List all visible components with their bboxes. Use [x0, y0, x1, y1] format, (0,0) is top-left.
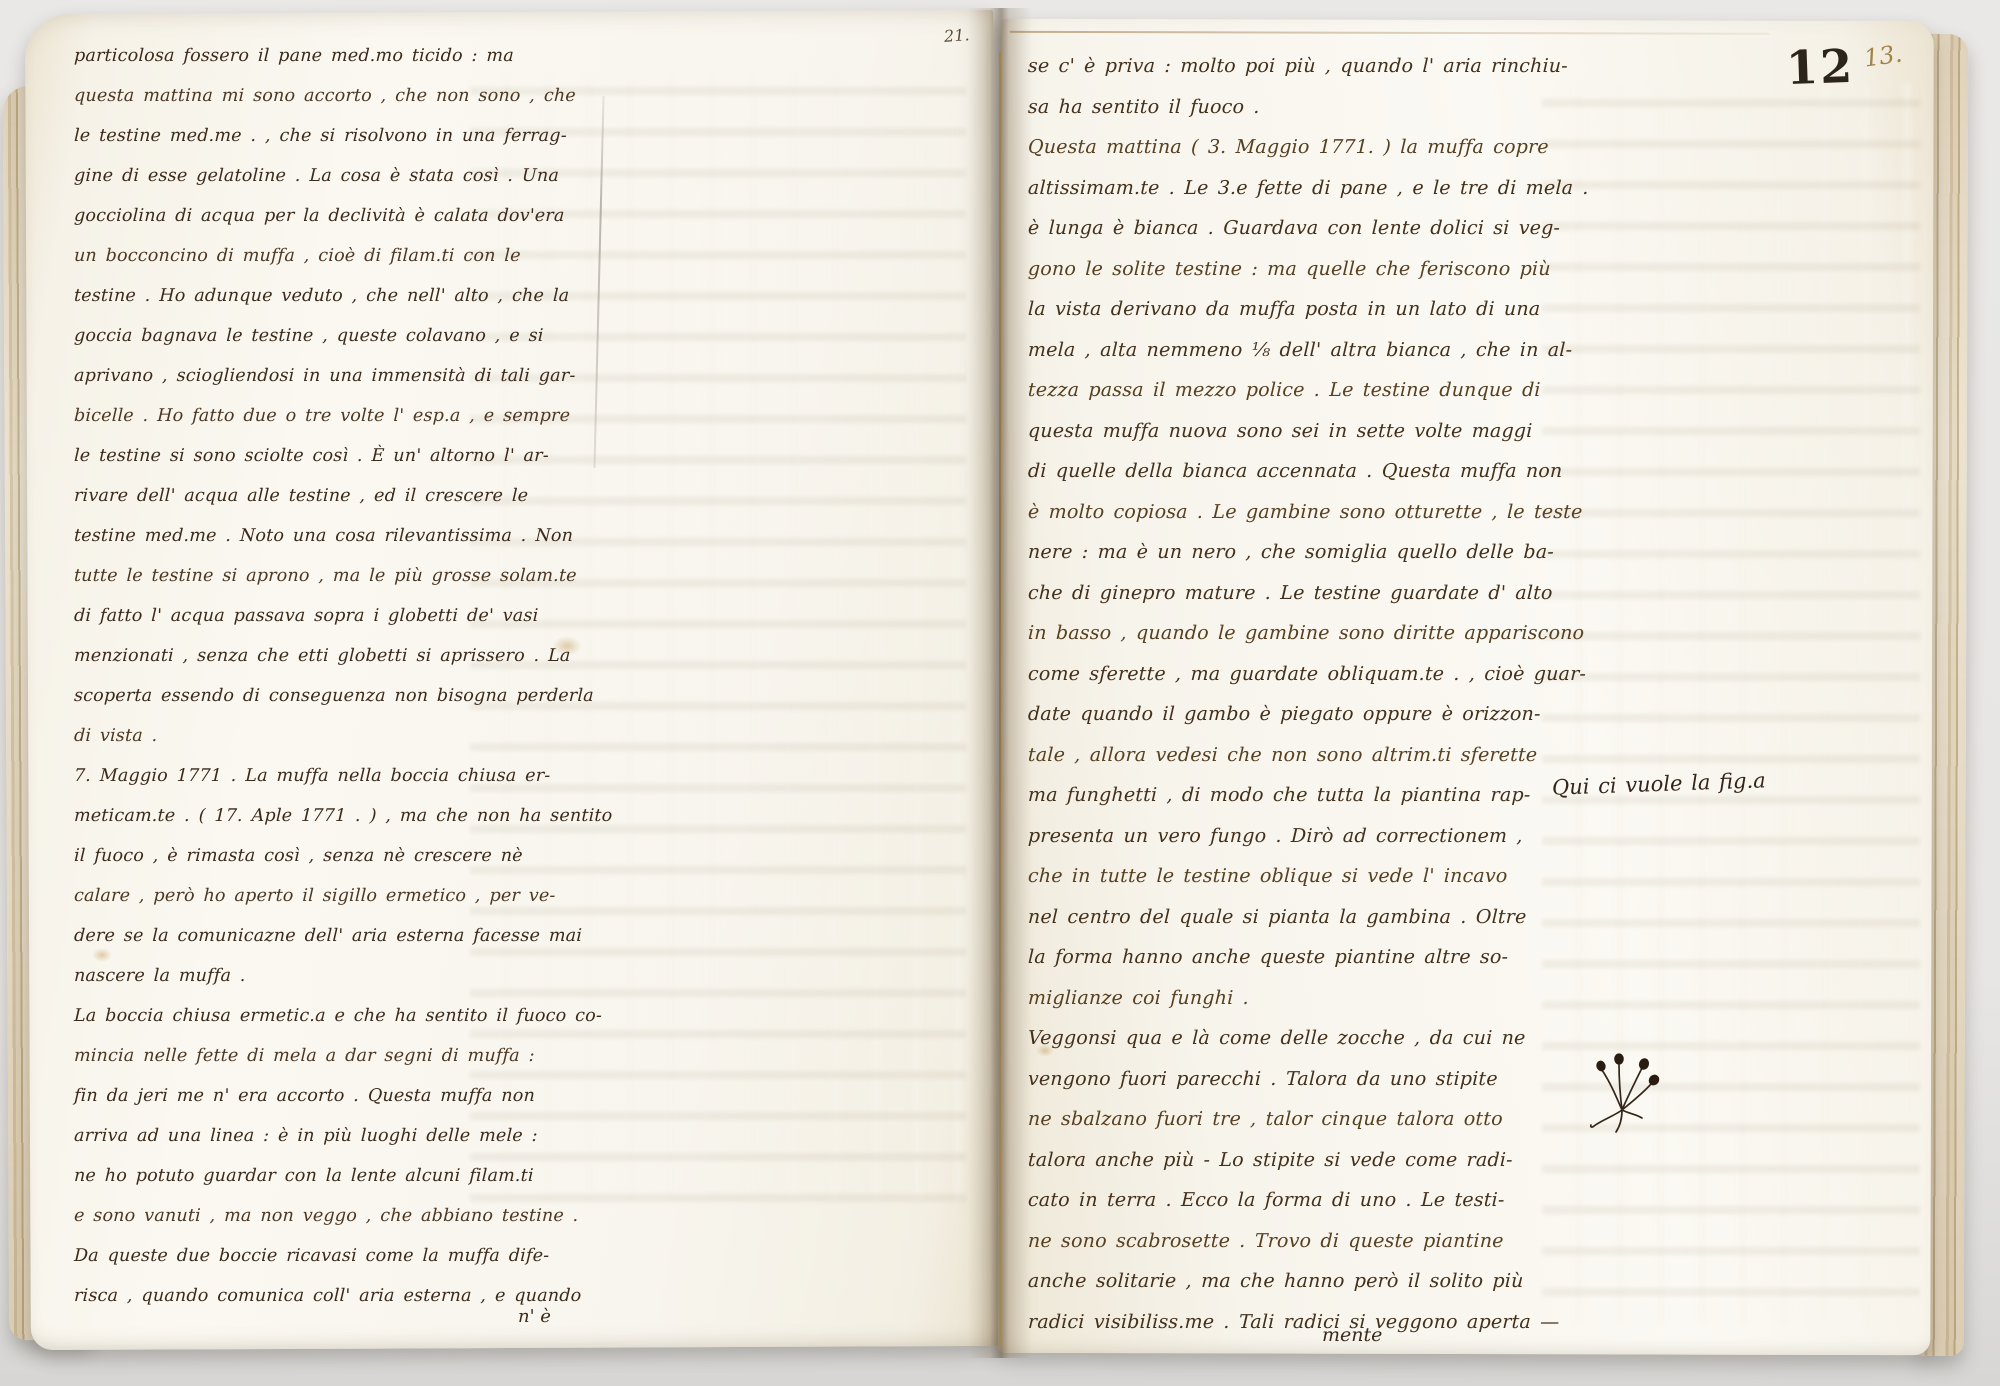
manuscript-line: mincia nelle fette di mela a dar segni d…	[73, 1036, 494, 1076]
manuscript-line: testine . Ho adunque veduto , che nell' …	[73, 276, 494, 316]
manuscript-line: ne sono scabrosette . Trovo di queste pi…	[1027, 1221, 1548, 1262]
manuscript-line: se c' è priva : molto poi più , quando l…	[1027, 46, 1548, 87]
right-page-catchword: mente	[1322, 1324, 1382, 1346]
manuscript-line: ne sbalzano fuori tre , talor cinque tal…	[1027, 1099, 1548, 1140]
manuscript-line: Da queste due boccie ricavasi come la mu…	[73, 1236, 494, 1276]
manuscript-line: è lunga è bianca . Guardava con lente do…	[1027, 208, 1548, 249]
manuscript-line: un bocconcino di muffa , cioè di filam.t…	[73, 236, 494, 276]
manuscript-line: vengono fuori parecchi . Talora da uno s…	[1027, 1059, 1548, 1100]
manuscript-line: La boccia chiusa ermetic.a e che ha sent…	[73, 996, 494, 1036]
manuscript-line: rivare dell' acqua alle testine , ed il …	[73, 476, 494, 516]
manuscript-line: arriva ad una linea : è in più luoghi de…	[73, 1116, 494, 1156]
manuscript-line: ma funghetti , di modo che tutta la pian…	[1027, 775, 1548, 816]
manuscript-line: miglianze coi funghi .	[1027, 978, 1548, 1019]
manuscript-line: e sono vanuti , ma non veggo , che abbia…	[73, 1196, 494, 1236]
manuscript-line: meticam.te . ( 17. Aple 1771 . ) , ma ch…	[73, 796, 494, 836]
manuscript-line: Questa mattina ( 3. Maggio 1771. ) la mu…	[1027, 127, 1548, 168]
manuscript-line: la forma hanno anche queste piantine alt…	[1027, 937, 1548, 978]
manuscript-line: le testine med.me . , che si risolvono i…	[73, 116, 494, 156]
manuscript-line: goccia bagnava le testine , queste colav…	[73, 316, 494, 356]
manuscript-line: talora anche più - Lo stipite si vede co…	[1027, 1140, 1548, 1181]
manuscript-line: tezza passa il mezzo police . Le testine…	[1027, 370, 1548, 411]
manuscript-line: cato in terra . Ecco la forma di uno . L…	[1027, 1180, 1548, 1221]
manuscript-line: date quando il gambo è piegato oppure è …	[1027, 694, 1548, 735]
manuscript-line: in basso , quando le gambine sono diritt…	[1027, 613, 1548, 654]
manuscript-line: la vista derivano da muffa posta in un l…	[1027, 289, 1548, 330]
manuscript-line: è molto copiosa . Le gambine sono otture…	[1027, 492, 1548, 533]
manuscript-line: questa mattina mi sono accorto , che non…	[73, 76, 494, 116]
manuscript-line: risca , quando comunica coll' aria ester…	[73, 1276, 494, 1316]
manuscript-line: presenta un vero fungo . Dirò ad correct…	[1027, 816, 1548, 857]
manuscript-line: il fuoco , è rimasta così , senza nè cre…	[73, 836, 494, 876]
manuscript-line: nere : ma è un nero , che somiglia quell…	[1027, 532, 1548, 573]
left-page-corner-annotation: 21.	[943, 25, 970, 46]
manuscript-line: ne ho potuto guardar con la lente alcuni…	[73, 1156, 494, 1196]
manuscript-line: Veggonsi qua e là come delle zocche , da…	[1027, 1018, 1548, 1059]
left-page-catchword: n' è	[518, 1306, 551, 1327]
manuscript-line: altissimam.te . Le 3.e fette di pane , e…	[1027, 168, 1548, 209]
right-page-text: se c' è priva : molto poi più , quando l…	[1028, 46, 1548, 1342]
manuscript-line: fin da jeri me n' era accorto . Questa m…	[73, 1076, 494, 1116]
manuscript-line: mela , alta nemmeno ⅛ dell' altra bianca…	[1027, 330, 1548, 371]
manuscript-line: gocciolina di acqua per la declività è c…	[73, 196, 494, 236]
manuscript-line: menzionati , senza che etti globetti si …	[73, 636, 494, 676]
manuscript-line: tutte le testine si aprono , ma le più g…	[73, 556, 494, 596]
manuscript-line: tale , allora vedesi che non sono altrim…	[1027, 735, 1548, 776]
manuscript-line: come sferette , ma guardate obliquam.te …	[1027, 654, 1548, 695]
manuscript-line: gine di esse gelatoline . La cosa è stat…	[73, 156, 494, 196]
manuscript-line: testine med.me . Noto una cosa rilevanti…	[73, 516, 494, 556]
page-number: 12	[1785, 39, 1855, 95]
manuscript-line: nel centro del quale si pianta la gambin…	[1027, 897, 1548, 938]
manuscript-line: di fatto l' acqua passava sopra i globet…	[73, 596, 494, 636]
manuscript-line: particolosa fossero il pane med.mo ticid…	[73, 36, 494, 76]
manuscript-line: aprivano , sciogliendosi in una immensit…	[73, 356, 494, 396]
manuscript-line: sa ha sentito il fuoco .	[1027, 87, 1548, 128]
manuscript-line: nascere la muffa .	[73, 956, 494, 996]
manuscript-line: che in tutte le testine oblique si vede …	[1027, 856, 1548, 897]
manuscript-line: che di ginepro mature . Le testine guard…	[1027, 573, 1548, 614]
manuscript-line: gono le solite testine : ma quelle che f…	[1027, 249, 1548, 290]
manuscript-line: calare , però ho aperto il sigillo ermet…	[73, 876, 494, 916]
left-page-text: particolosa fossero il pane med.mo ticid…	[74, 36, 494, 1316]
folio-annotation: 13.	[1862, 39, 1904, 72]
mold-plantlet-sketch	[1586, 1048, 1686, 1146]
manuscript-line: le testine si sono sciolte così . È un' …	[73, 436, 494, 476]
manuscript-line: scoperta essendo di conseguenza non biso…	[73, 676, 494, 716]
manuscript-line: di quelle della bianca accennata . Quest…	[1027, 451, 1548, 492]
manuscript-line: radici visibiliss.me . Tali radici si ve…	[1027, 1302, 1548, 1343]
manuscript-line: questa muffa nuova sono sei in sette vol…	[1027, 411, 1548, 452]
manuscript-line: bicelle . Ho fatto due o tre volte l' es…	[73, 396, 494, 436]
manuscript-line: dere se la comunicazne dell' aria estern…	[73, 916, 494, 956]
manuscript-photograph: particolosa fossero il pane med.mo ticid…	[0, 0, 2000, 1386]
manuscript-line: anche solitarie , ma che hanno però il s…	[1027, 1261, 1548, 1302]
manuscript-line: di vista .	[73, 716, 494, 756]
manuscript-line: 7. Maggio 1771 . La muffa nella boccia c…	[73, 756, 494, 796]
